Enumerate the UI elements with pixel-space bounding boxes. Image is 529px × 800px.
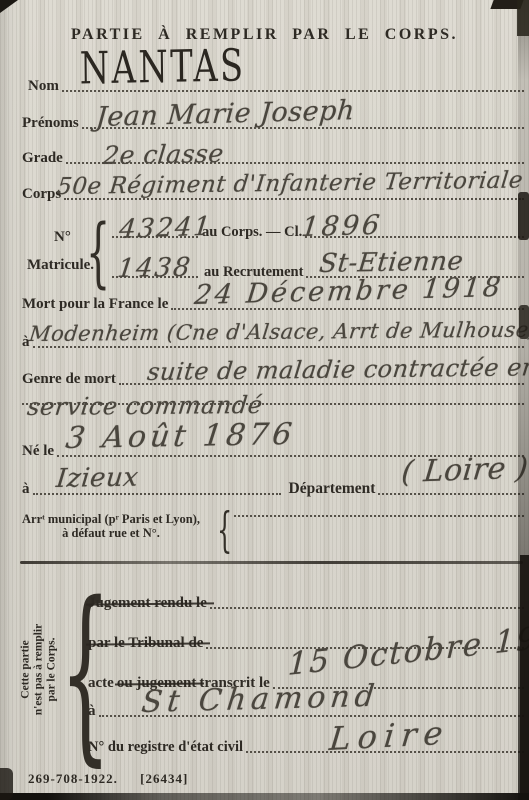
mort-label: Mort pour la France le (22, 295, 171, 313)
matricule-recrutement-value: 1438 (116, 255, 193, 282)
classe-value: 1896 (300, 212, 384, 241)
scan-artifact-top-left (0, 0, 18, 13)
imprint-number: 269-708-1922. (28, 771, 118, 786)
side-note-vertical: Cette partie n'est pas à remplir par le … (20, 575, 59, 765)
nom-label: Nom (28, 77, 62, 95)
scan-artifact-right-patch2 (518, 192, 529, 240)
tribunal-label: par le Tribunal de (88, 634, 206, 652)
mort-lieu-value: Modenheim (Cne d'Alsace, Arrt de Mulhous… (28, 319, 529, 345)
arrt-label: Arrᵗ municipal (pʳ Paris et Lyon), à déf… (22, 513, 200, 540)
side-note-line2: n'est pas à remplir (33, 575, 46, 765)
grade-label: Grade (22, 149, 66, 167)
transcrit-date-value: 15 Octobre 1919 (287, 619, 529, 681)
prenoms-value: Jean Marie Joseph (95, 97, 356, 131)
matricule-no-label: N° (54, 229, 71, 246)
arrt-label-line2: à défaut rue et N°. (22, 527, 200, 541)
military-death-record-scan: PARTIE À REMPLIR PAR LE CORPS. Nom Préno… (0, 0, 529, 800)
ne-date-value: 3 Août 1876 (64, 420, 297, 454)
matricule-label: Matricule. (27, 257, 94, 274)
imprint-reference: [26434] (140, 771, 188, 786)
dotted-line (234, 515, 524, 517)
side-note-line3: par le Corps. (46, 575, 59, 765)
grade-value: 2e classe (102, 141, 225, 168)
prenoms-label: Prénoms (22, 114, 82, 132)
transcrit-lieu-prefix: à (88, 702, 99, 720)
scan-artifact-bottom-bar (0, 793, 529, 800)
departement-label: Département (281, 480, 379, 498)
jugement-row: Jugement rendu le (88, 594, 524, 612)
ne-label: Né le (22, 442, 57, 460)
matricule-brace: { (86, 216, 110, 288)
arrt-dots-row (234, 515, 524, 520)
field-row-grade: Grade (22, 149, 524, 167)
jugement-label: Jugement rendu le (88, 594, 210, 612)
arrt-brace: { (217, 507, 232, 553)
registre-row: N° du registre d'état civil (88, 738, 524, 756)
matricule-corps-value: 43241 (118, 214, 213, 243)
ne-lieu-prefix: à (22, 480, 33, 498)
scan-artifact-right-patch4 (520, 555, 529, 800)
transcrit-lieu-value: St Chamond (140, 682, 381, 718)
au-corps-label: au Corps. — Cl. (198, 223, 305, 241)
genre-value-line2: service commandé (26, 393, 264, 419)
scan-artifact-right-patch1 (517, 0, 529, 36)
side-note-line1: Cette partie (20, 575, 33, 765)
departement-value: ( Loire ) (400, 453, 529, 488)
form-title: PARTIE À REMPLIR PAR LE CORPS. (0, 26, 529, 44)
genre-value-line1: suite de maladie contractée en (146, 355, 529, 384)
dotted-line (378, 493, 524, 495)
nom-value: NANTAS (80, 44, 246, 91)
registre-value: Loire (328, 716, 451, 755)
arrt-label-line1: Arrᵗ municipal (pʳ Paris et Lyon), (22, 513, 200, 527)
dotted-line (210, 607, 524, 609)
footer-imprint: 269-708-1922. [26434] (28, 771, 188, 787)
dotted-line (33, 346, 525, 348)
registre-label: N° du registre d'état civil (88, 738, 246, 756)
acte-label: acte (88, 674, 117, 692)
ne-lieu-value: Izieux (55, 465, 140, 492)
genre-label: Genre de mort (22, 370, 119, 388)
scan-artifact-bottom-left-blob (0, 768, 13, 800)
mort-date-value: 24 Décembre 1918 (193, 274, 505, 309)
scan-artifact-right-patch3 (519, 305, 529, 339)
